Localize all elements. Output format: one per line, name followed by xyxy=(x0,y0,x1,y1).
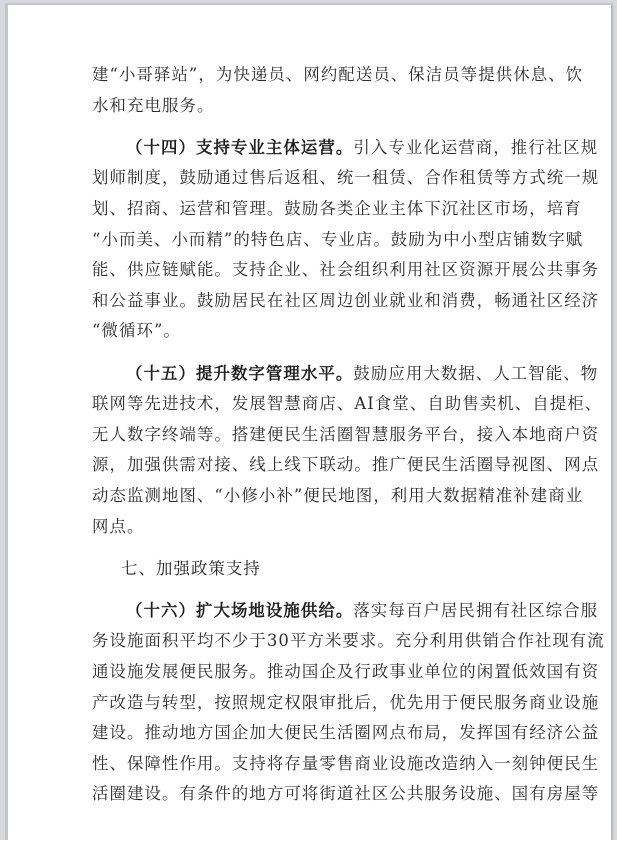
text-line: 联网等先进技术，发展智慧商店、AI食堂、自助售卖机、自提柜、 xyxy=(92,389,530,420)
text-line: “微循环”。 xyxy=(92,316,530,347)
text-line: 网点。 xyxy=(92,512,530,543)
paragraph-lead: （十五）提升数字管理水平。 xyxy=(126,364,353,383)
text-line: 水和充电服务。 xyxy=(92,91,530,122)
section-heading: 七、加强政策支持 xyxy=(92,554,530,585)
text-line: 无人数字终端等。搭建便民生活圈智慧服务平台，接入本地商户资 xyxy=(92,420,530,451)
text-line: 务设施面积平均不少于30平方米要求。充分利用供销合作社现有流 xyxy=(92,626,530,657)
page-text: 建“小哥驿站”，为快递员、网约配送员、保洁员等提供休息、饮 水和充电服务。 （十… xyxy=(92,60,530,822)
text-line: 产改造与转型，按照规定权限审批后，优先用于便民服务商业设施 xyxy=(92,688,530,719)
text-span: 落实每百户居民拥有社区综合服 xyxy=(353,601,598,620)
text-line: （十六）扩大场地设施供给。落实每百户居民拥有社区综合服 xyxy=(92,596,530,627)
text-line: 动态监测地图、“小修小补”便民地图，利用大数据精准补建商业 xyxy=(92,481,530,512)
text-line: （十四）支持专业主体运营。引入专业化运营商，推行社区规 xyxy=(92,133,530,164)
text-span: 鼓励应用大数据、人工智能、物 xyxy=(353,364,598,383)
text-line: “小而美、小而精”的特色店、专业店。鼓励为中小型店铺数字赋 xyxy=(92,225,530,256)
text-line: 源，加强供需对接、线上线下联动。推广便民生活圈导视图、网点 xyxy=(92,450,530,481)
text-line: 能、供应链赋能。支持企业、社会组织利用社区资源开展公共事务 xyxy=(92,255,530,286)
paragraph-16: （十六）扩大场地设施供给。落实每百户居民拥有社区综合服 务设施面积平均不少于30… xyxy=(92,596,530,810)
text-line: 建“小哥驿站”，为快递员、网约配送员、保洁员等提供休息、饮 xyxy=(92,60,530,91)
text-line: 通设施发展便民服务。推动国企及行政事业单位的闲置低效国有资 xyxy=(92,657,530,688)
text-line: （十五）提升数字管理水平。鼓励应用大数据、人工智能、物 xyxy=(92,359,530,390)
text-line: 和公益事业。鼓励居民在社区周边创业就业和消费，畅通社区经济 xyxy=(92,286,530,317)
text-line: 划师制度，鼓励通过售后返租、统一租赁、合作租赁等方式统一规 xyxy=(92,163,530,194)
paragraph-lead: （十四）支持专业主体运营。 xyxy=(126,138,353,157)
text-line: 活圈建设。有条件的地方可将街道社区公共服务设施、国有房屋等 xyxy=(92,779,530,810)
paragraph-15: （十五）提升数字管理水平。鼓励应用大数据、人工智能、物 联网等先进技术，发展智慧… xyxy=(92,359,530,543)
paragraph-continuation: 建“小哥驿站”，为快递员、网约配送员、保洁员等提供休息、饮 水和充电服务。 xyxy=(92,60,530,121)
text-line: 性、保障性作用。支持将存量零售商业设施改造纳入一刻钟便民生 xyxy=(92,749,530,780)
text-span: 引入专业化运营商，推行社区规 xyxy=(353,138,598,157)
text-line: 划、招商、运营和管理。鼓励各类企业主体下沉社区市场，培育 xyxy=(92,194,530,225)
text-line: 建设。推动地方国企加大便民生活圈网点布局，发挥国有经济公益 xyxy=(92,718,530,749)
paragraph-lead: （十六）扩大场地设施供给。 xyxy=(126,601,353,620)
paragraph-14: （十四）支持专业主体运营。引入专业化运营商，推行社区规 划师制度，鼓励通过售后返… xyxy=(92,133,530,347)
